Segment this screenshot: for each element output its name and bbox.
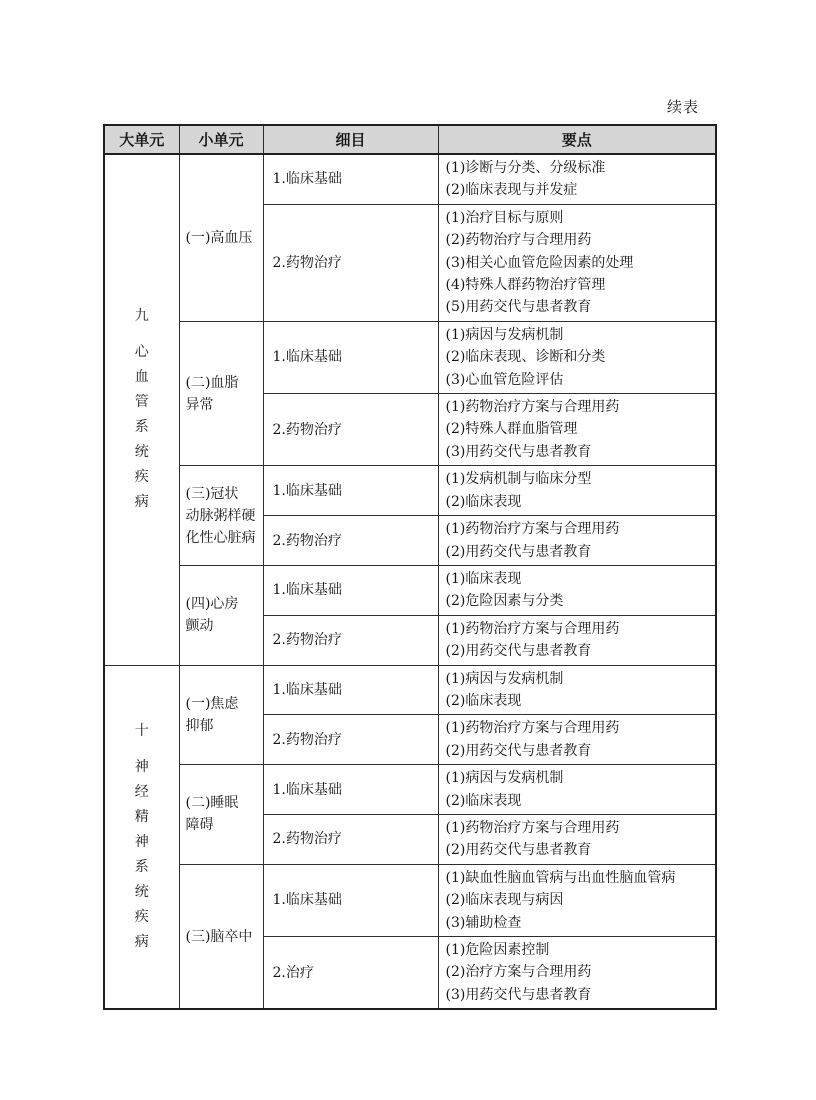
points-cell: (1)药物治疗方案与合理用药(2)用药交代与患者教育	[438, 814, 716, 864]
point-line: (2)用药交代与患者教育	[446, 640, 713, 662]
unit-cell-cardiovascular: 九 心血管系统疾病	[104, 154, 179, 665]
points-cell: (1)药物治疗方案与合理用药(2)用药交代与患者教育	[438, 615, 716, 665]
point-line: (2)临床表现	[446, 790, 713, 812]
point-line: (3)相关心血管危险因素的处理	[446, 252, 713, 274]
subunit-cell-anxiety-depression: (一)焦虑 抑郁	[179, 665, 263, 765]
point-line: (2)特殊人群血脂管理	[446, 418, 713, 440]
header-key-points: 要点	[438, 125, 716, 154]
header-major-unit: 大单元	[104, 125, 179, 154]
point-line: (1)病因与发病机制	[446, 324, 713, 346]
detail-cell: 2.治疗	[263, 937, 438, 1010]
detail-cell: 1.临床基础	[263, 466, 438, 516]
point-line: (1)缺血性脑血管病与出血性脑血管病	[446, 867, 713, 889]
points-cell: (1)发病机制与临床分型(2)临床表现	[438, 466, 716, 516]
table-row: (三)冠状 动脉粥样硬 化性心脏病 1.临床基础 (1)发病机制与临床分型(2)…	[104, 466, 716, 516]
point-line: (2)临床表现	[446, 491, 713, 513]
points-cell: (1)缺血性脑血管病与出血性脑血管病(2)临床表现与病因(3)辅助检查	[438, 864, 716, 936]
point-line: (2)用药交代与患者教育	[446, 541, 713, 563]
points-cell: (1)病因与发病机制(2)临床表现、诊断和分类(3)心血管危险评估	[438, 321, 716, 393]
subunit-cell-sleep-disorder: (二)睡眠 障碍	[179, 765, 263, 865]
unit-number: 十	[107, 719, 177, 744]
table-row: 九 心血管系统疾病 (一)高血压 1.临床基础 (1)诊断与分类、分级标准(2)…	[104, 154, 716, 204]
detail-cell: 1.临床基础	[263, 154, 438, 204]
detail-cell: 2.药物治疗	[263, 204, 438, 321]
unit-number: 九	[107, 304, 177, 329]
point-line: (3)用药交代与患者教育	[446, 984, 713, 1006]
detail-cell: 2.药物治疗	[263, 516, 438, 566]
detail-cell: 1.临床基础	[263, 665, 438, 715]
header-detail: 细目	[263, 125, 438, 154]
detail-cell: 1.临床基础	[263, 565, 438, 615]
points-cell: (1)临床表现(2)危险因素与分类	[438, 565, 716, 615]
point-line: (5)用药交代与患者教育	[446, 296, 713, 318]
points-cell: (1)药物治疗方案与合理用药(2)用药交代与患者教育	[438, 715, 716, 765]
points-cell: (1)药物治疗方案与合理用药(2)特殊人群血脂管理(3)用药交代与患者教育	[438, 394, 716, 466]
unit-name-vertical: 心血管系统疾病	[134, 340, 150, 515]
point-line: (2)临床表现	[446, 690, 713, 712]
document-page: 续表 大单元 小单元 细目 要点 九 心血管系统疾病 (一)高血压 1.临床基础	[0, 0, 816, 1100]
points-cell: (1)诊断与分类、分级标准(2)临床表现与并发症	[438, 154, 716, 204]
point-line: (2)临床表现、诊断和分类	[446, 346, 713, 368]
point-line: (2)用药交代与患者教育	[446, 740, 713, 762]
point-line: (1)危险因素控制	[446, 939, 713, 961]
detail-cell: 1.临床基础	[263, 765, 438, 815]
unit-name-vertical: 神经精神系统疾病	[134, 755, 150, 955]
subunit-cell-coronary: (三)冠状 动脉粥样硬 化性心脏病	[179, 466, 263, 566]
detail-cell: 1.临床基础	[263, 321, 438, 393]
header-row: 大单元 小单元 细目 要点	[104, 125, 716, 154]
syllabus-table: 大单元 小单元 细目 要点 九 心血管系统疾病 (一)高血压 1.临床基础 (1…	[103, 124, 717, 1010]
points-cell: (1)治疗目标与原则(2)药物治疗与合理用药(3)相关心血管危险因素的处理(4)…	[438, 204, 716, 321]
point-line: (3)辅助检查	[446, 912, 713, 934]
point-line: (1)药物治疗方案与合理用药	[446, 396, 713, 418]
subunit-cell-hypertension: (一)高血压	[179, 154, 263, 321]
point-line: (1)发病机制与临床分型	[446, 468, 713, 490]
point-line: (3)用药交代与患者教育	[446, 441, 713, 463]
points-cell: (1)危险因素控制(2)治疗方案与合理用药(3)用药交代与患者教育	[438, 937, 716, 1010]
table-row: (二)血脂 异常 1.临床基础 (1)病因与发病机制(2)临床表现、诊断和分类(…	[104, 321, 716, 393]
point-line: (2)药物治疗与合理用药	[446, 229, 713, 251]
point-line: (2)危险因素与分类	[446, 590, 713, 612]
point-line: (1)病因与发病机制	[446, 767, 713, 789]
point-line: (1)病因与发病机制	[446, 668, 713, 690]
point-line: (1)药物治疗方案与合理用药	[446, 817, 713, 839]
table-row: (二)睡眠 障碍 1.临床基础 (1)病因与发病机制(2)临床表现	[104, 765, 716, 815]
table-row: (四)心房 颤动 1.临床基础 (1)临床表现(2)危险因素与分类	[104, 565, 716, 615]
points-cell: (1)病因与发病机制(2)临床表现	[438, 665, 716, 715]
continued-table-label: 续表	[103, 96, 715, 117]
detail-cell: 2.药物治疗	[263, 814, 438, 864]
point-line: (2)临床表现与并发症	[446, 179, 713, 201]
detail-cell: 2.药物治疗	[263, 715, 438, 765]
table-row: (三)脑卒中 1.临床基础 (1)缺血性脑血管病与出血性脑血管病(2)临床表现与…	[104, 864, 716, 936]
subunit-cell-stroke: (三)脑卒中	[179, 864, 263, 1009]
points-cell: (1)病因与发病机制(2)临床表现	[438, 765, 716, 815]
subunit-cell-afib: (四)心房 颤动	[179, 565, 263, 665]
detail-cell: 2.药物治疗	[263, 615, 438, 665]
point-line: (2)临床表现与病因	[446, 889, 713, 911]
point-line: (1)药物治疗方案与合理用药	[446, 717, 713, 739]
point-line: (3)心血管危险评估	[446, 369, 713, 391]
header-minor-unit: 小单元	[179, 125, 263, 154]
table-row: 十 神经精神系统疾病 (一)焦虑 抑郁 1.临床基础 (1)病因与发病机制(2)…	[104, 665, 716, 715]
unit-cell-neuropsychiatric: 十 神经精神系统疾病	[104, 665, 179, 1009]
point-line: (1)药物治疗方案与合理用药	[446, 518, 713, 540]
point-line: (1)治疗目标与原则	[446, 207, 713, 229]
point-line: (4)特殊人群药物治疗管理	[446, 274, 713, 296]
point-line: (2)用药交代与患者教育	[446, 839, 713, 861]
point-line: (1)诊断与分类、分级标准	[446, 157, 713, 179]
points-cell: (1)药物治疗方案与合理用药(2)用药交代与患者教育	[438, 516, 716, 566]
detail-cell: 2.药物治疗	[263, 394, 438, 466]
subunit-cell-dyslipidemia: (二)血脂 异常	[179, 321, 263, 465]
point-line: (2)治疗方案与合理用药	[446, 961, 713, 983]
point-line: (1)药物治疗方案与合理用药	[446, 618, 713, 640]
point-line: (1)临床表现	[446, 568, 713, 590]
detail-cell: 1.临床基础	[263, 864, 438, 936]
